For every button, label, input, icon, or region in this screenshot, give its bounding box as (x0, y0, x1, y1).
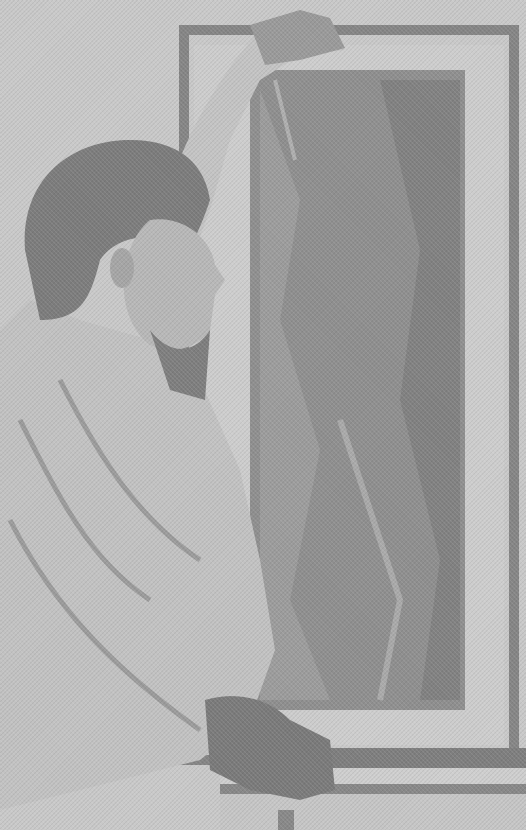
photo-scene (0, 0, 526, 830)
photo (0, 0, 526, 830)
window-glass (250, 70, 465, 710)
